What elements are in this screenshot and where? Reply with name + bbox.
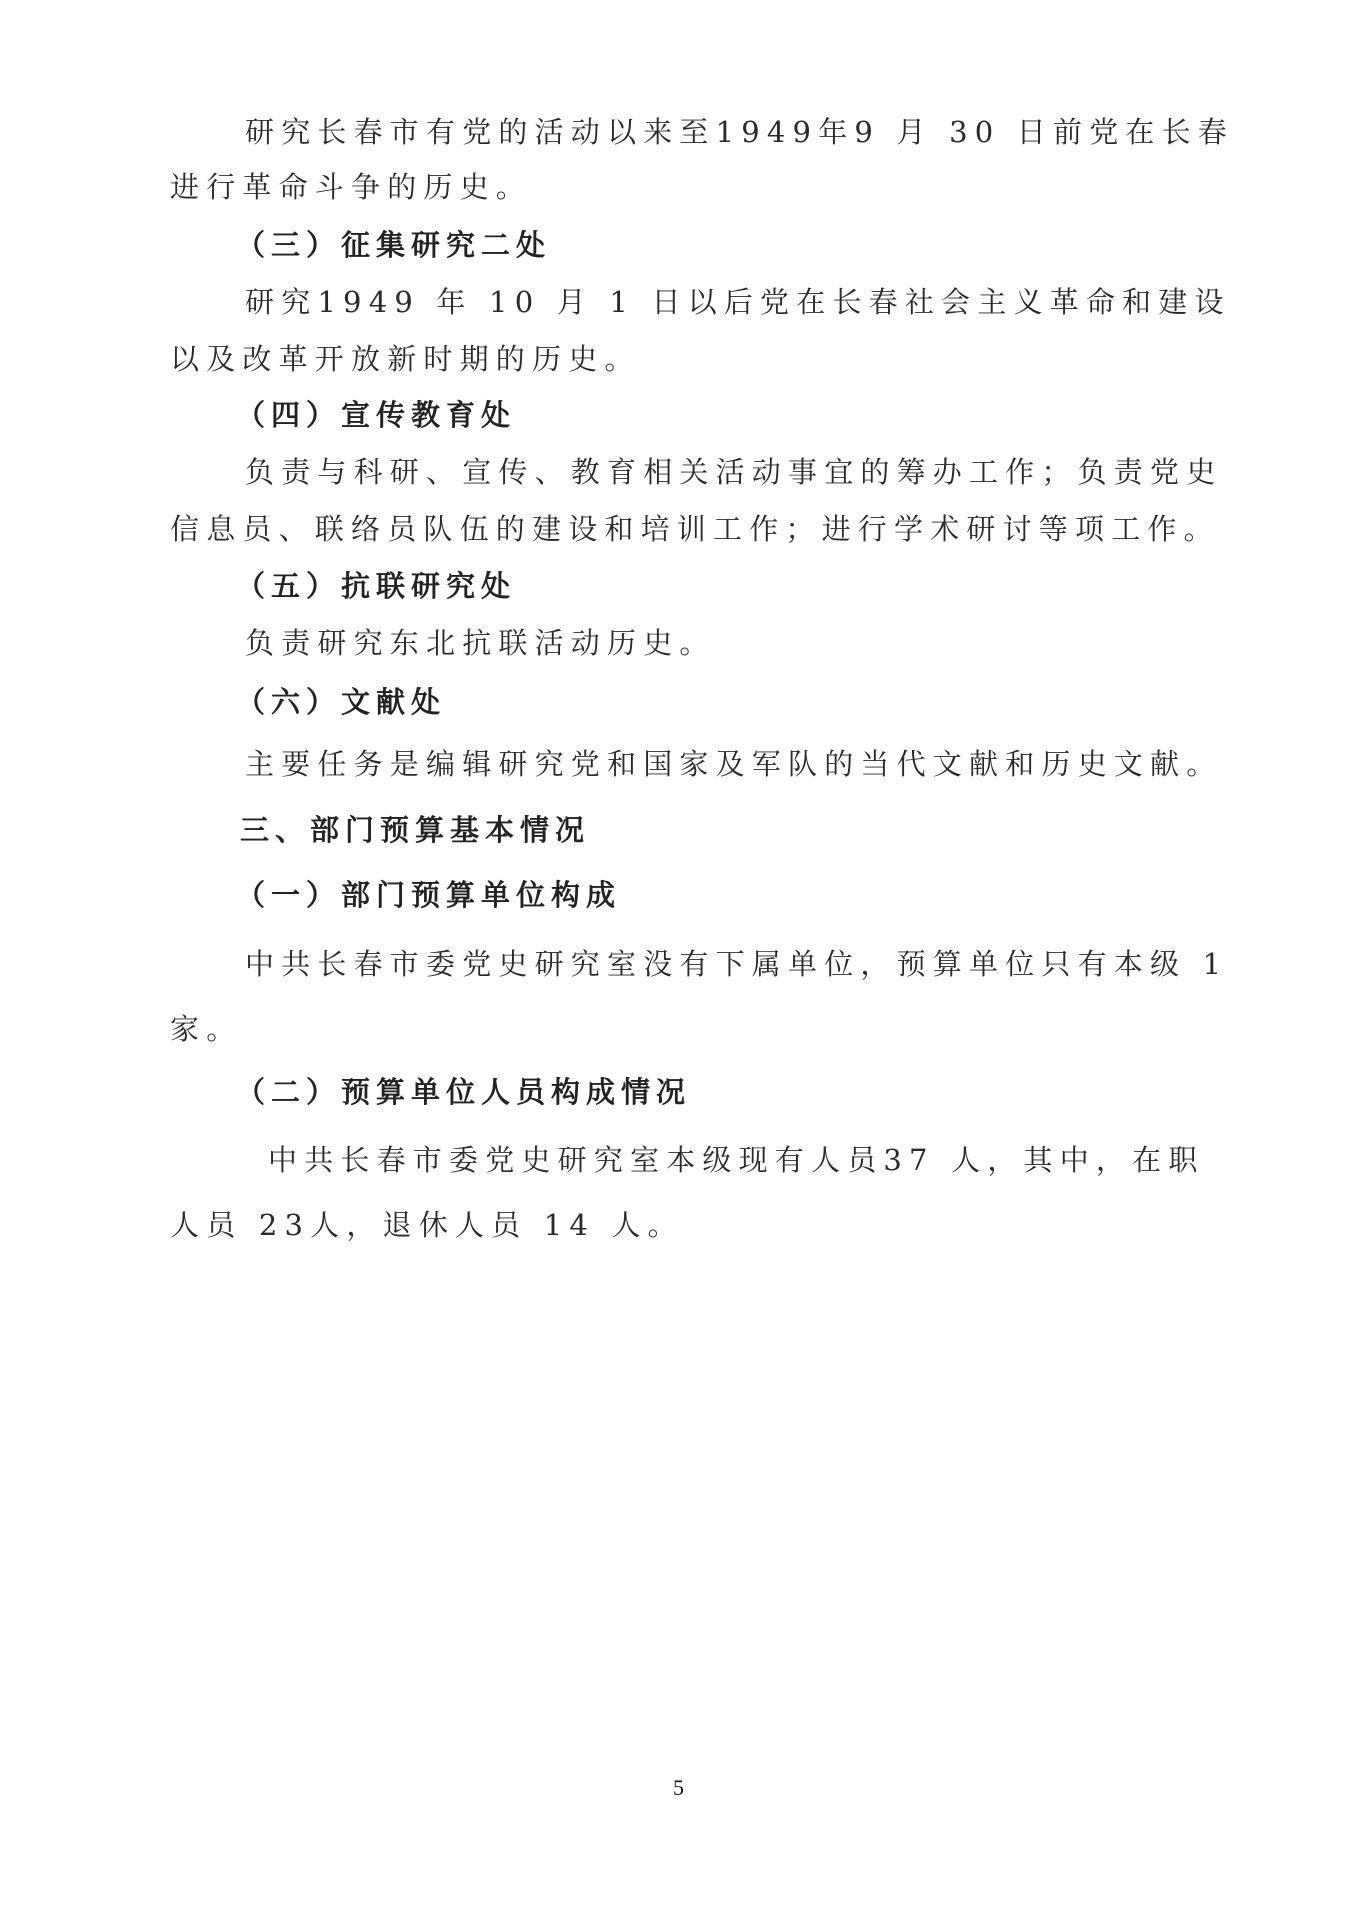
section-heading: （一）部门预算单位构成 <box>236 875 1206 915</box>
paragraph-line: 研究长春市有党的活动以来至1949年9 月 30 日前党在长春 <box>245 112 1215 152</box>
page-number: 5 <box>0 1775 1357 1801</box>
paragraph-line: 人员 23人，退休人员 14 人。 <box>170 1205 1215 1245</box>
section-heading: （四）宣传教育处 <box>236 395 1206 435</box>
paragraph-line: 主要任务是编辑研究党和国家及军队的当代文献和历史文献。 <box>245 744 1215 784</box>
paragraph-line: 负责研究东北抗联活动历史。 <box>245 623 1215 663</box>
document-page: 研究长春市有党的活动以来至1949年9 月 30 日前党在长春 进行革命斗争的历… <box>0 0 1357 1920</box>
paragraph-line: 负责与科研、宣传、教育相关活动事宜的筹办工作；负责党史 <box>245 452 1215 492</box>
paragraph-line: 中共长春市委党史研究室没有下属单位，预算单位只有本级 1 <box>245 944 1215 984</box>
paragraph-line: 家。 <box>170 1009 1215 1049</box>
section-heading: （二）预算单位人员构成情况 <box>236 1072 1206 1112</box>
paragraph-line: 进行革命斗争的历史。 <box>170 167 1215 207</box>
paragraph-line: 以及改革开放新时期的历史。 <box>170 339 1215 379</box>
paragraph-line: 信息员、联络员队伍的建设和培训工作；进行学术研讨等项工作。 <box>170 509 1215 549</box>
section-heading: （三）征集研究二处 <box>236 225 1206 265</box>
chapter-heading: 三、部门预算基本情况 <box>240 810 1210 850</box>
paragraph-line: 中共长春市委党史研究室本级现有人员37 人，其中，在职 <box>268 1140 1238 1180</box>
section-heading: （六）文献处 <box>236 682 1206 722</box>
section-heading: （五）抗联研究处 <box>236 566 1206 606</box>
paragraph-line: 研究1949 年 10 月 1 日以后党在长春社会主义革命和建设 <box>245 282 1215 322</box>
